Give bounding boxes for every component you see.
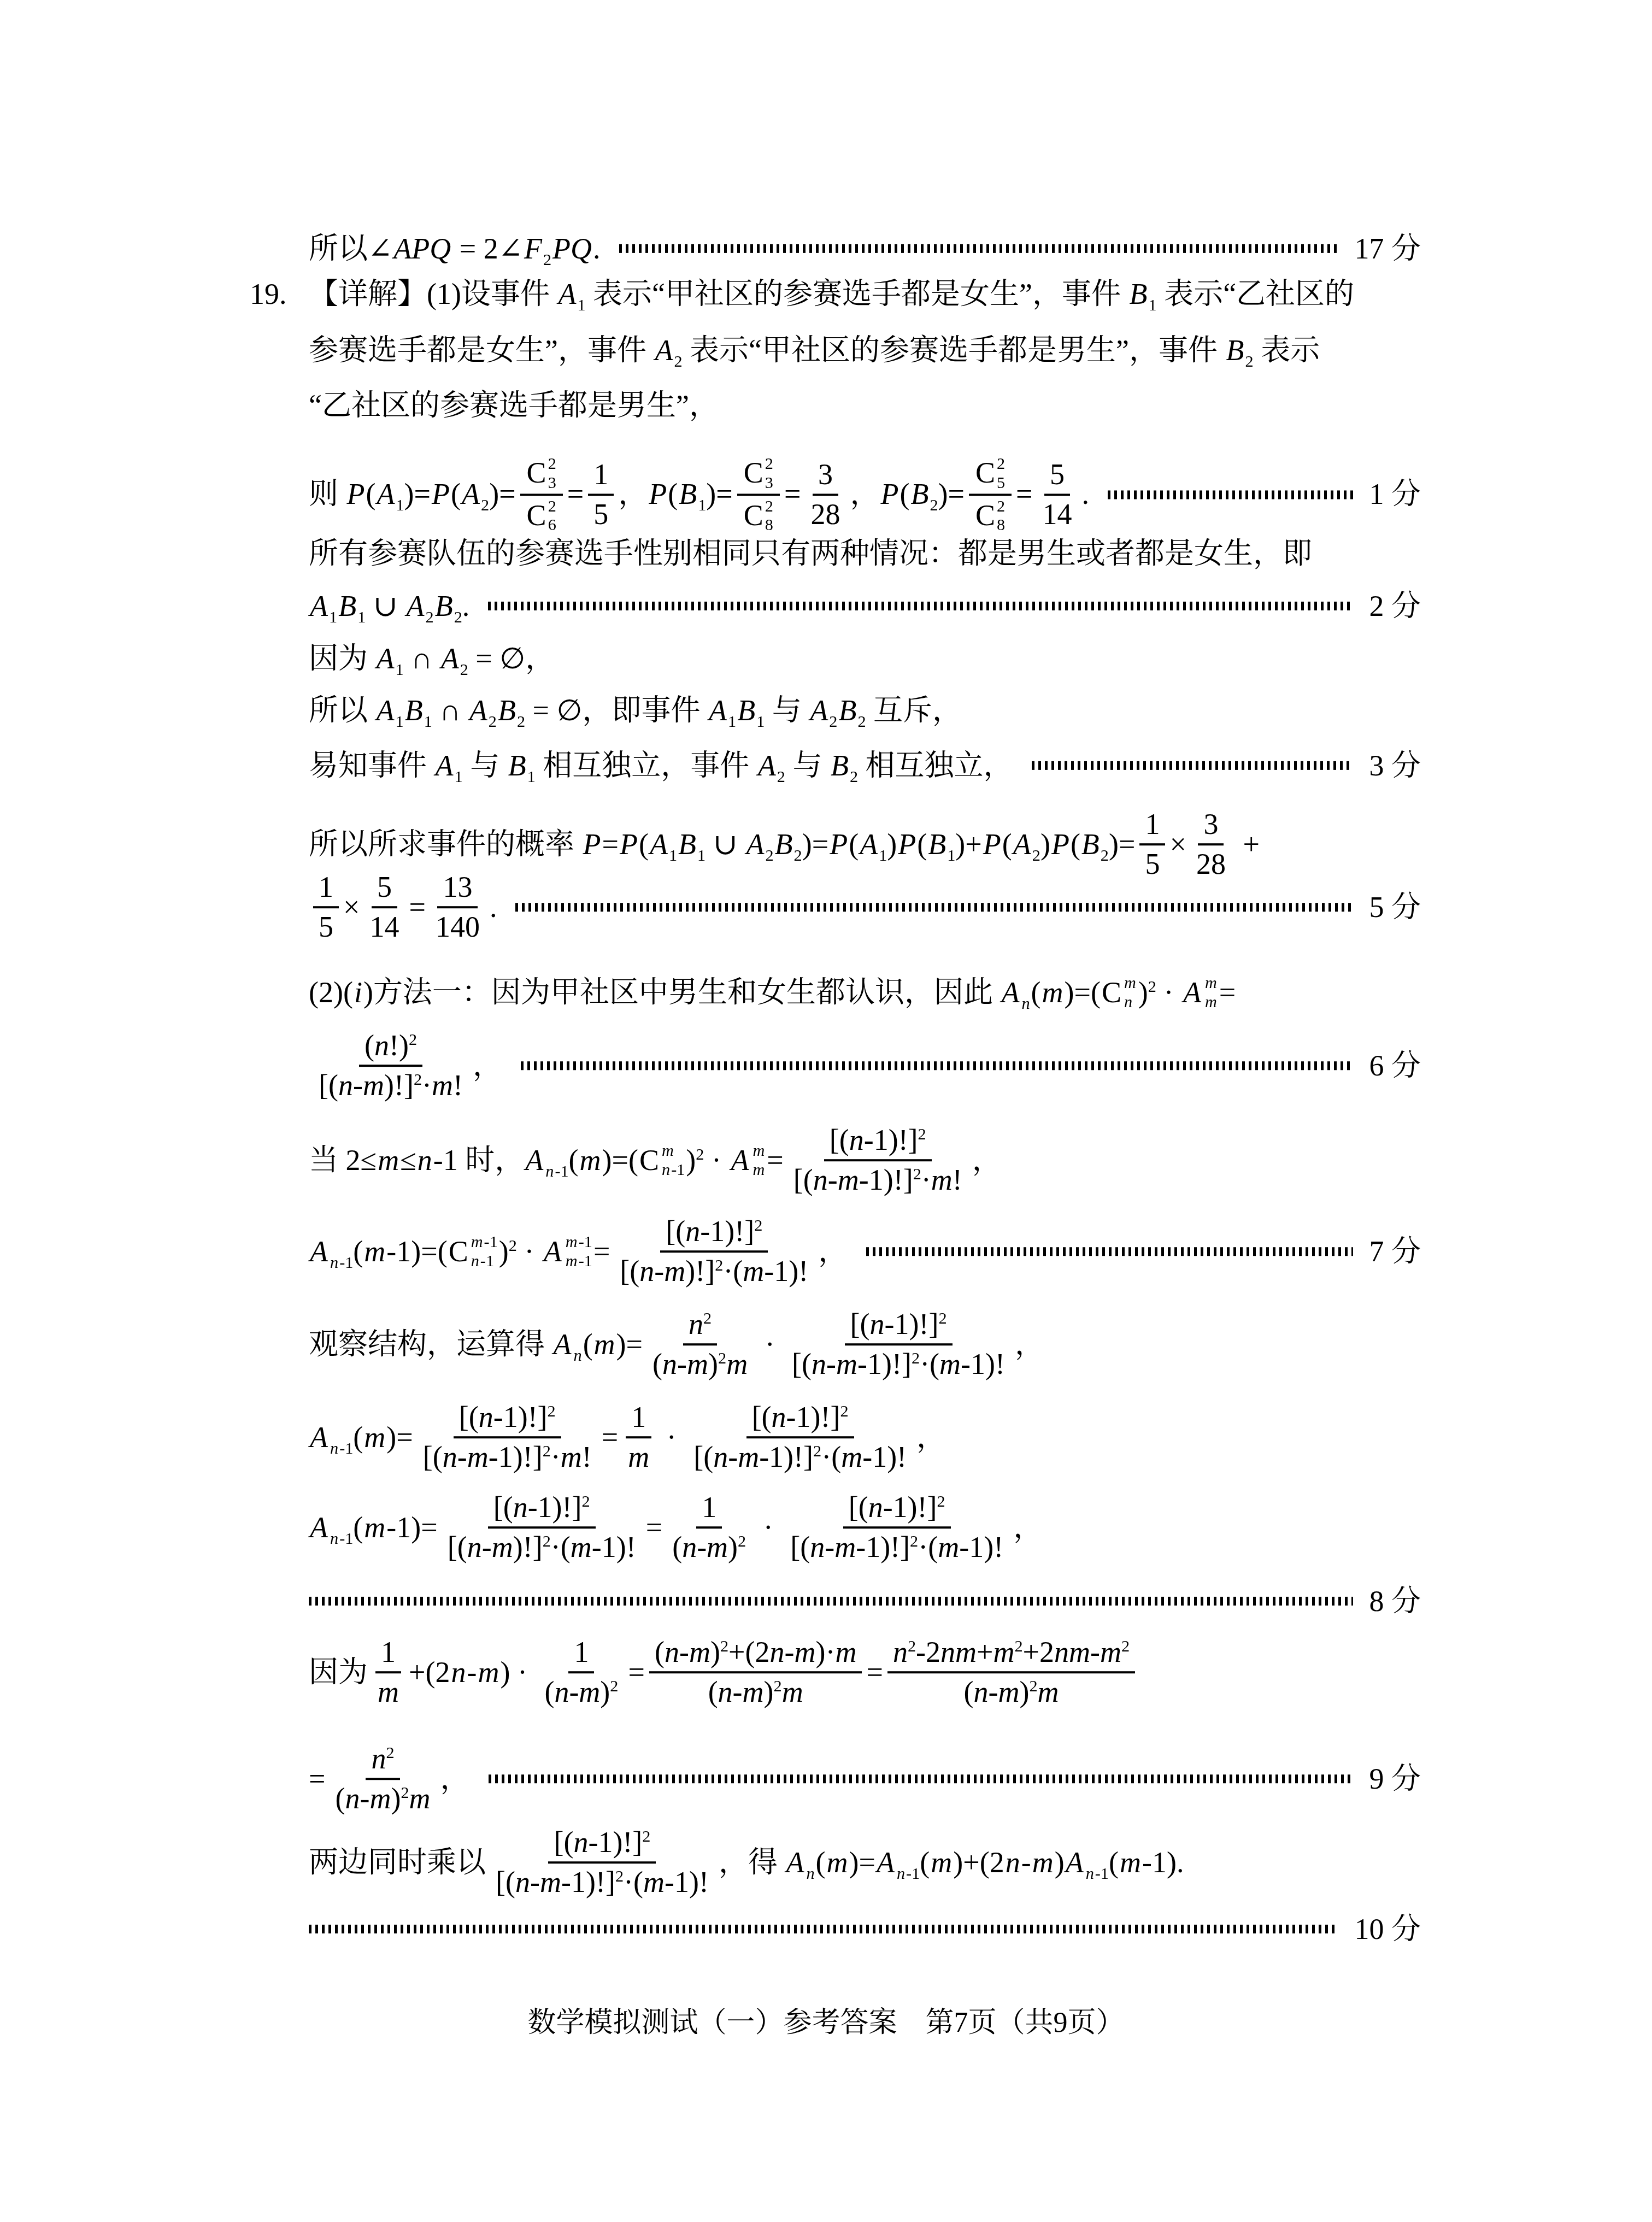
math-text: “乙社区的参赛选手都是男生”， <box>309 386 719 425</box>
subscript: 1 <box>396 712 404 731</box>
subscript: 2 <box>674 352 682 371</box>
subscript: 2 <box>543 250 551 269</box>
math-fraction: n2-2nm+m2+2nm-m2(n-m)2m <box>887 1633 1135 1711</box>
problem-number: 19. <box>250 275 309 313</box>
math-text: 所有参赛队伍的参赛选手性别相同只有两种情况：都是男生或者都是女生，即 <box>309 534 1312 573</box>
fraction-numerator: [(n-1)!]2 <box>746 1398 854 1438</box>
stacked-script: Amm <box>1182 973 1218 1012</box>
subscript: 1 <box>577 296 585 314</box>
stacked-script: C23 <box>527 454 556 492</box>
math-text: 两边同时乘以 <box>309 1843 486 1882</box>
dotted-leader <box>309 1925 1338 1933</box>
fraction-numerator: 5 <box>1044 456 1070 496</box>
math-text: 所以 A1B1 ∩ A2B2 = ∅，即事件 A1B1 与 A2B2 互斥， <box>309 691 962 730</box>
fraction-numerator: (n!)2 <box>359 1027 422 1067</box>
score-label: 17 分 <box>1355 230 1421 268</box>
math-text: · <box>756 1508 780 1547</box>
subscript: 1 <box>947 846 955 865</box>
fraction-denominator: 5 <box>313 908 339 946</box>
superscript: 2 <box>840 1402 849 1420</box>
math-fraction: C25C28 <box>969 453 1012 536</box>
line-part2-method1: (2)(i)方法一：因为甲社区中男生和女生都认识，因此 An(m)=(Cmn)2… <box>309 973 1236 1012</box>
fraction-numerator: (n-m)2+(2n-m)·m <box>649 1633 862 1673</box>
fraction-denominator: (n-m)2m <box>330 1780 436 1818</box>
superscript: 2 <box>615 1867 624 1885</box>
score-label: 7 分 <box>1369 1232 1421 1271</box>
line-mutually-exclusive: 所以 A1B1 ∩ A2B2 = ∅，即事件 A1B1 与 A2B2 互斥， <box>309 691 962 730</box>
line-an1-m1: An-1(m-1)=(Cm-1n-1)2 · Am-1m-1=[(n-1)!]2… <box>309 1213 1421 1290</box>
math-fraction: [(n-1)!]2[(n-m-1)!]2·(m-1)! <box>786 1306 1010 1383</box>
stacked-script: Amm <box>730 1141 766 1179</box>
stacked-script: Cmn <box>1102 973 1137 1012</box>
fraction-denominator: 14 <box>364 908 404 946</box>
fraction-denominator: 28 <box>805 496 845 533</box>
math-text: 参赛选手都是女生”，事件 A2 表示“甲社区的参赛选手都是男生”，事件 B2 表… <box>309 331 1320 369</box>
math-fraction: [(n-1)!]2[(n-m-1)!]2·m! <box>418 1398 597 1476</box>
subscript: 1 <box>697 846 706 865</box>
subscript: 1 <box>669 846 677 865</box>
math-text: + <box>1236 825 1260 863</box>
dotted-leader <box>1108 490 1353 499</box>
math-fraction: 1m <box>372 1633 404 1711</box>
fraction-denominator: (n-m)2 <box>539 1673 624 1711</box>
superscript: 2 <box>1014 1637 1022 1655</box>
math-text: ， <box>473 1047 502 1085</box>
math-text: ， <box>818 1232 848 1271</box>
subscript: 1 <box>329 608 337 626</box>
superscript: 2 <box>509 1236 517 1255</box>
stacked-script: C26 <box>527 497 556 535</box>
fraction-numerator: 5 <box>372 868 397 908</box>
line-union: A1B1 ∪ A2B2.2 分 <box>309 587 1421 625</box>
subscript: 1 <box>527 767 536 786</box>
subscript: n-1 <box>329 1253 353 1272</box>
stacked-script: C23 <box>744 454 773 492</box>
math-fraction: 13140 <box>430 868 485 946</box>
math-text: An-1(m-1)= <box>309 1508 438 1547</box>
line-intro-3: “乙社区的参赛选手都是男生”， <box>309 386 719 425</box>
math-text: · <box>659 1418 684 1456</box>
math-text: 观察结构，运算得 An(m)= <box>309 1325 643 1363</box>
fraction-numerator: [(n-1)!]2 <box>824 1121 932 1161</box>
line-dots-10: 10 分 <box>309 1910 1421 1948</box>
superscript: 2 <box>938 1309 946 1327</box>
fraction-denominator: (n-m)2 <box>667 1529 751 1566</box>
fraction-denominator: [(n-m)!]2·(m-1)! <box>614 1253 814 1290</box>
superscript: 2 <box>696 1145 704 1163</box>
stacked-script: Am-1m-1 <box>543 1232 592 1271</box>
math-fraction: 1(n-m)2 <box>539 1633 624 1711</box>
fraction-denominator: m <box>622 1438 655 1476</box>
superscript: 2 <box>610 1677 618 1695</box>
score-label: 5 分 <box>1369 888 1421 926</box>
fraction-numerator: [(n-1)!]2 <box>548 1824 656 1864</box>
math-text: = <box>309 1760 325 1798</box>
superscript: 2 <box>1029 1677 1037 1695</box>
fraction-denominator: [(n-m-1)!]2·m! <box>418 1438 597 1476</box>
subscript: 2 <box>765 846 773 865</box>
fraction-denominator: [(n-m-1)!]2·m! <box>788 1161 968 1199</box>
fraction-numerator: [(n-1)!]2 <box>488 1489 596 1529</box>
fraction-numerator: C23 <box>737 453 780 496</box>
line-case-2-le-m: 当 2≤m≤n-1 时，An-1(m)=(Cmn-1)2 · Amm=[(n-1… <box>309 1121 1002 1199</box>
superscript: 2 <box>401 1783 409 1802</box>
math-fraction: n2(n-m)2m <box>330 1740 436 1818</box>
subscript: n-1 <box>544 1162 568 1180</box>
superscript: 2 <box>1148 977 1156 996</box>
superscript: 2 <box>543 1532 551 1550</box>
subscript: 2 <box>850 767 858 786</box>
subscript: 2 <box>930 496 938 515</box>
dotted-leader <box>1032 761 1353 770</box>
subscript: 1 <box>879 846 887 865</box>
fraction-denominator: C28 <box>737 496 780 536</box>
math-text: 因为 <box>309 1653 368 1691</box>
superscript: 2 <box>548 1402 556 1420</box>
math-fraction: 328 <box>805 456 845 533</box>
superscript: 2 <box>409 1030 417 1049</box>
math-fraction: n2(n-m)2m <box>647 1306 753 1383</box>
subscript: 2 <box>1101 846 1109 865</box>
math-text: An-1(m)= <box>309 1418 413 1456</box>
math-text: . <box>1082 475 1090 514</box>
subscript: 2 <box>829 712 837 731</box>
page: 数学模拟测试（一）参考答案 第7页（共9页） 所以∠APQ = 2∠F2PQ.1… <box>0 0 1652 2222</box>
math-text: 所以∠APQ = 2∠F2PQ. <box>309 230 601 268</box>
fraction-numerator: 1 <box>375 1633 401 1673</box>
fraction-numerator: [(n-1)!]2 <box>843 1489 951 1529</box>
fraction-numerator: 1 <box>1139 806 1165 845</box>
subscript: 1 <box>1149 296 1157 314</box>
line-intro-2: 参赛选手都是女生”，事件 A2 表示“甲社区的参赛选手都是男生”，事件 B2 表… <box>309 331 1320 369</box>
score-label: 9 分 <box>1369 1760 1421 1798</box>
subscript: 2 <box>1032 846 1040 865</box>
math-fraction: 514 <box>364 868 404 946</box>
math-text: = <box>567 475 584 514</box>
math-text: = <box>1016 475 1032 514</box>
subscript: 2 <box>517 712 525 731</box>
superscript: 2 <box>910 1532 918 1550</box>
fraction-numerator: C25 <box>969 453 1012 496</box>
line-result-13-140: 15×514=13140.5 分 <box>309 868 1421 946</box>
subscript: n <box>805 1864 815 1883</box>
stacked-script: C28 <box>744 497 773 535</box>
dotted-leader <box>866 1247 1353 1256</box>
math-text: An-1(m-1)=(Cm-1n-1)2 · Am-1m-1= <box>309 1232 610 1271</box>
fraction-denominator: 14 <box>1037 496 1078 533</box>
math-text: × <box>1169 825 1186 863</box>
subscript: n-1 <box>329 1529 353 1548</box>
subscript: 1 <box>424 712 432 731</box>
math-text: . <box>490 888 497 926</box>
superscript: 2 <box>703 1309 712 1327</box>
line-because-identity: 因为1m+(2n-m) · 1(n-m)2=(n-m)2+(2n-m)·m(n-… <box>309 1633 1139 1711</box>
subscript: 1 <box>396 496 404 515</box>
superscript: 2 <box>937 1492 945 1510</box>
fraction-numerator: 3 <box>1198 806 1224 845</box>
math-text: ，P(B2)= <box>850 475 965 514</box>
math-fraction: [(n-1)!]2[(n-m)!]2·(m-1)! <box>442 1489 642 1566</box>
subscript: 1 <box>698 496 706 515</box>
fraction-denominator: [(n-m-1)!]2·(m-1)! <box>785 1529 1009 1566</box>
fraction-denominator: 140 <box>430 908 485 946</box>
subscript: 1 <box>396 660 404 679</box>
superscript: 2 <box>642 1827 650 1845</box>
math-text: 则 P(A1)=P(A2)= <box>309 475 516 514</box>
math-text: 【详解】(1)设事件 A1 表示“甲社区的参赛选手都是女生”，事件 B1 表示“… <box>309 275 1354 313</box>
fraction-numerator: 1 <box>588 456 614 496</box>
subscript: 2 <box>489 712 497 731</box>
score-label: 3 分 <box>1369 746 1421 785</box>
fraction-numerator: [(n-1)!]2 <box>454 1398 561 1438</box>
subscript: n-1 <box>896 1864 920 1883</box>
fraction-numerator: C23 <box>520 453 563 496</box>
superscript: 2 <box>720 1637 728 1655</box>
subscript: n <box>1020 994 1031 1013</box>
subscript: 2 <box>426 608 434 626</box>
line-two-cases: 所有参赛队伍的参赛选手性别相同只有两种情况：都是男生或者都是女生，即 <box>309 534 1312 573</box>
math-text: = <box>602 1418 618 1456</box>
superscript: 2 <box>1121 1637 1130 1655</box>
math-text: = <box>866 1653 883 1691</box>
fraction-denominator: m <box>372 1673 404 1711</box>
superscript: 2 <box>813 1442 821 1460</box>
fraction-numerator: 1 <box>626 1398 651 1438</box>
fraction-numerator: [(n-1)!]2 <box>845 1306 953 1345</box>
page-footer: 数学模拟测试（一）参考答案 第7页（共9页） <box>0 1999 1652 2040</box>
math-fraction: [(n-1)!]2[(n-m-1)!]2·(m-1)! <box>490 1824 714 1901</box>
stacked-script: Cmn-1 <box>639 1141 685 1179</box>
superscript: 2 <box>918 1125 926 1143</box>
fraction-denominator: (n-m)2m <box>703 1673 809 1711</box>
fraction-denominator: 5 <box>588 496 614 533</box>
math-fraction: 1(n-m)2 <box>667 1489 751 1566</box>
math-text: = <box>409 888 425 926</box>
line-an1-m1-rewrite: An-1(m-1)=[(n-1)!]2[(n-m)!]2·(m-1)!=1(n-… <box>309 1489 1043 1566</box>
math-fraction: C23C28 <box>737 453 780 536</box>
dotted-leader <box>488 602 1353 610</box>
subscript: 2 <box>1245 352 1254 371</box>
math-text: 易知事件 A1 与 B1 相互独立，事件 A2 与 B2 相互独立， <box>309 746 1013 785</box>
line-independent: 易知事件 A1 与 B1 相互独立，事件 A2 与 B2 相互独立，3 分 <box>309 746 1421 785</box>
subscript: 1 <box>756 712 765 731</box>
line-an1-m-rewrite: An-1(m)=[(n-1)!]2[(n-m-1)!]2·m!=1m · [(n… <box>309 1398 946 1476</box>
subscript: n-1 <box>329 1439 353 1457</box>
subscript: n-1 <box>1085 1864 1109 1883</box>
subscript: n <box>573 1346 583 1365</box>
score-label: 2 分 <box>1369 587 1421 625</box>
math-fraction: [(n-1)!]2[(n-m-1)!]2·m! <box>788 1121 968 1199</box>
stacked-script: Cm-1n-1 <box>449 1232 498 1271</box>
dotted-leader <box>309 1597 1353 1606</box>
math-text: ，得 An(m)=An-1(m)+(2n-m)An-1(m-1). <box>719 1843 1184 1882</box>
fraction-denominator: [(n-m-1)!]2·(m-1)! <box>688 1438 912 1476</box>
superscript: 2 <box>582 1492 590 1510</box>
fraction-numerator: 13 <box>437 868 478 908</box>
math-text: ， <box>1013 1508 1043 1547</box>
math-text: = <box>646 1508 662 1547</box>
subscript: 2 <box>460 660 468 679</box>
stacked-script: C25 <box>975 454 1005 492</box>
line-empty-intersect: 因为 A1 ∩ A2 = ∅， <box>309 639 555 678</box>
math-text: = <box>784 475 801 514</box>
score-label: 6 分 <box>1369 1047 1421 1085</box>
superscript: 2 <box>912 1349 920 1367</box>
fraction-numerator: [(n-1)!]2 <box>660 1213 768 1253</box>
fraction-denominator: (n-m)2m <box>647 1345 753 1383</box>
fraction-numerator: n2 <box>366 1740 399 1780</box>
fraction-numerator: 1 <box>568 1633 594 1673</box>
superscript: 2 <box>718 1349 726 1367</box>
math-fraction: [(n-1)!]2[(n-m-1)!]2·(m-1)! <box>688 1398 912 1476</box>
subscript: 1 <box>455 767 463 786</box>
fraction-denominator: C28 <box>969 496 1012 536</box>
math-text: (2)(i)方法一：因为甲社区中男生和女生都认识，因此 An(m)=(Cmn)2… <box>309 973 1236 1012</box>
dotted-leader <box>619 244 1338 253</box>
fraction-denominator: (n-m)2m <box>958 1673 1064 1711</box>
fraction-numerator: 1 <box>696 1489 722 1529</box>
math-text: 当 2≤m≤n-1 时，An-1(m)=(Cmn-1)2 · Amm= <box>309 1141 784 1179</box>
subscript: 2 <box>794 846 802 865</box>
superscript: 2 <box>754 1216 762 1235</box>
dotted-leader <box>489 1774 1353 1783</box>
subscript: 1 <box>728 712 736 731</box>
math-text: · <box>757 1325 782 1363</box>
math-text: ， <box>972 1141 1002 1179</box>
superscript: 2 <box>908 1637 916 1655</box>
math-text: × <box>343 888 360 926</box>
math-fraction: C23C26 <box>520 453 563 536</box>
math-text: 因为 A1 ∩ A2 = ∅， <box>309 639 555 678</box>
line-probabilities: 则 P(A1)=P(A2)=C23C26=15，P(B1)=C23C28=328… <box>309 453 1421 536</box>
line-equals-n2: =n2(n-m)2m，9 分 <box>309 1740 1421 1818</box>
fraction-numerator: n2-2nm+m2+2nm-m2 <box>887 1633 1135 1673</box>
subscript: 2 <box>481 496 489 515</box>
math-text: 所以所求事件的概率 P=P(A1B1 ∪ A2B2)=P(A1)P(B1)+P(… <box>309 825 1135 863</box>
subscript: 2 <box>857 712 866 731</box>
line-multiply-both-sides: 两边同时乘以[(n-1)!]2[(n-m-1)!]2·(m-1)!，得 An(m… <box>309 1824 1184 1901</box>
score-label: 1 分 <box>1369 475 1421 514</box>
fraction-denominator: [(n-m)!]2·m! <box>313 1067 468 1104</box>
superscript: 2 <box>738 1532 746 1550</box>
fraction-denominator: [(n-m)!]2·(m-1)! <box>442 1529 642 1566</box>
math-fraction: 15 <box>313 868 339 946</box>
subscript: 2 <box>777 767 785 786</box>
subscript: 1 <box>357 608 366 626</box>
line-an-m-value: (n!)2[(n-m)!]2·m!，6 分 <box>309 1027 1421 1104</box>
fraction-numerator: 3 <box>813 456 838 496</box>
math-text: ，P(B1)= <box>618 475 733 514</box>
math-text: ， <box>916 1418 946 1456</box>
superscript: 2 <box>386 1743 394 1762</box>
superscript: 2 <box>543 1442 551 1460</box>
math-fraction: (n!)2[(n-m)!]2·m! <box>313 1027 468 1104</box>
math-fraction: 15 <box>588 456 614 533</box>
dotted-leader <box>515 903 1353 912</box>
fraction-denominator: C26 <box>520 496 563 536</box>
math-fraction: 514 <box>1037 456 1078 533</box>
subscript: 2 <box>454 608 462 626</box>
fraction-denominator: [(n-m-1)!]2·(m-1)! <box>490 1864 714 1901</box>
math-text: ， <box>1015 1325 1044 1363</box>
math-fraction: [(n-1)!]2[(n-m-1)!]2·(m-1)! <box>785 1489 1009 1566</box>
score-label: 10 分 <box>1355 1910 1421 1948</box>
line-19-intro: 19.【详解】(1)设事件 A1 表示“甲社区的参赛选手都是女生”，事件 B1 … <box>250 275 1354 313</box>
superscript: 2 <box>774 1677 782 1695</box>
fraction-numerator: n2 <box>683 1306 717 1345</box>
fraction-numerator: 1 <box>313 868 339 908</box>
superscript: 2 <box>913 1165 921 1183</box>
fraction-denominator: [(n-m-1)!]2·(m-1)! <box>786 1345 1010 1383</box>
math-fraction: (n-m)2+(2n-m)·m(n-m)2m <box>649 1633 862 1711</box>
line-angle-apq: 所以∠APQ = 2∠F2PQ.17 分 <box>309 230 1421 268</box>
score-label: 8 分 <box>1369 1582 1421 1620</box>
math-fraction: [(n-1)!]2[(n-m)!]2·(m-1)! <box>614 1213 814 1290</box>
math-fraction: 1m <box>622 1398 655 1476</box>
line-observe-structure: 观察结构，运算得 An(m)=n2(n-m)2m · [(n-1)!]2[(n-… <box>309 1306 1044 1383</box>
stacked-script: C28 <box>975 497 1005 535</box>
math-text: +(2n-m) · <box>409 1653 534 1691</box>
superscript: 2 <box>715 1256 723 1274</box>
superscript: 2 <box>414 1070 422 1089</box>
math-text: = <box>628 1653 644 1691</box>
math-text: ， <box>440 1760 470 1798</box>
dotted-leader <box>521 1061 1353 1070</box>
math-text: A1B1 ∪ A2B2. <box>309 587 469 625</box>
line-dots-8: 8 分 <box>309 1582 1421 1620</box>
